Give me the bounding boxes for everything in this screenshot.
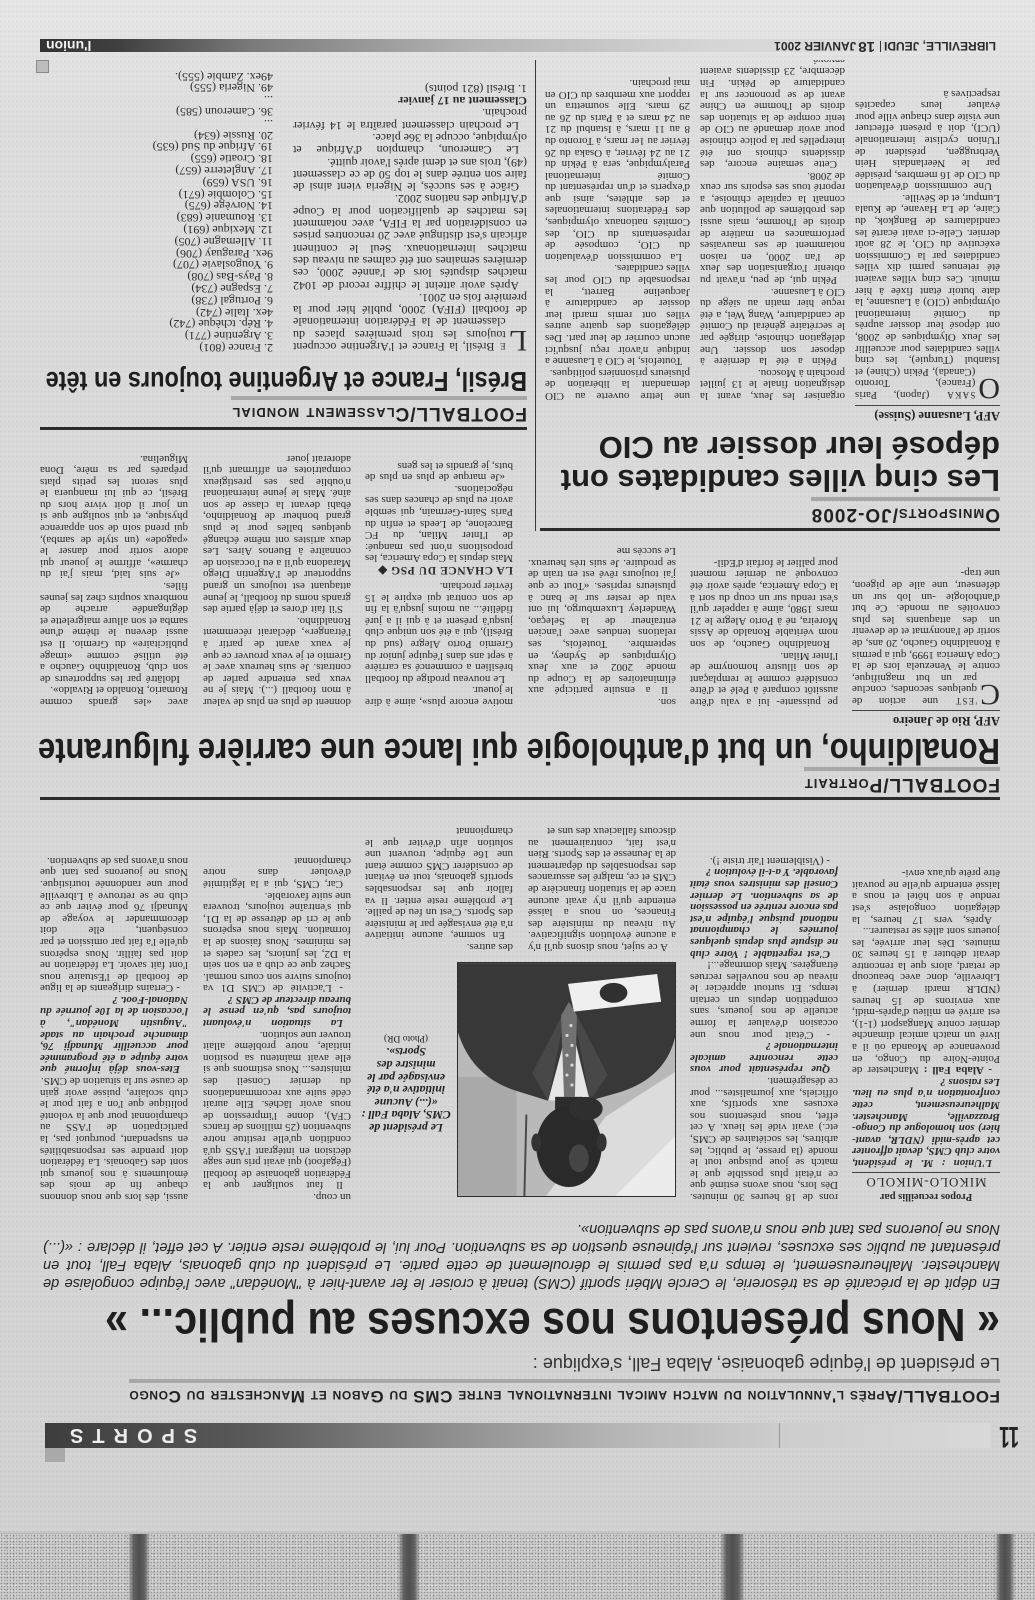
section-rule <box>40 427 527 430</box>
lead-paragraph: C'EST une action de quelques secondes, c… <box>852 567 1000 707</box>
answer-paragraph: En somme, aucune initiative n'a été envi… <box>365 824 513 940</box>
binding-stripe <box>398 1534 420 1600</box>
body-paragraph: une lettre ouverte au CIO demandant la l… <box>545 366 690 401</box>
body-paragraph: S'il fait d'ores et déjà partie des gran… <box>203 452 351 614</box>
jo-byline: AFP, Lausanne (Suisse) <box>855 405 1000 423</box>
lead-in: SAKA <box>946 389 975 401</box>
page-number: 11 <box>999 1421 1019 1451</box>
headline-line-2: déposé leur dossier au CIO <box>561 431 1000 464</box>
body-paragraph: Pékin a été la dernière à déposer son do… <box>700 285 845 366</box>
interview-column-5: un coup. Il faut souligner que la Fédéra… <box>203 805 351 1202</box>
answer-paragraph: des autres. <box>365 940 513 952</box>
answer-paragraph: aussi, dès lors que nous donnons chaque … <box>40 1074 188 1202</box>
portrait-column-2: pe puissante- lui a valu d'être aussitôt… <box>690 539 838 707</box>
jo-kicker-wrap: Omnisports/JO-2008 <box>811 497 1000 524</box>
footer-bar: LIBREVILLE, JEUDI18JANVIER 2001 l'union <box>40 39 1000 52</box>
ranking-entry: 8. Pays-Bas (708) <box>40 270 273 282</box>
answer-paragraph: - C'était pour nous une occasion d'évalu… <box>690 959 838 1040</box>
portrait-byline: AFP, Rio de Janeiro <box>852 710 1000 728</box>
ranking-entry: 18. Croatie (655) <box>40 152 273 164</box>
binding-stripe <box>995 1534 1015 1600</box>
answer-paragraph: un coup. <box>203 1190 351 1202</box>
jo-column-3: une lettre ouverte au CIO demandant la l… <box>545 60 690 401</box>
credit-author: MIKOLO-MIKOLO <box>852 1175 1000 1190</box>
body-paragraph: Le prochain classement paraîtra le 14 fé… <box>293 107 527 132</box>
body-paragraph: Après avoir atteint le chiffre record de… <box>293 193 527 291</box>
ranking-entry: 12. Mexique (691) <box>40 223 273 235</box>
interview-headline: « Nous présentons nos excuses au public.… <box>105 1300 1000 1350</box>
body-paragraph: Idolâtré par les supporteurs de son club… <box>40 579 188 683</box>
answer-paragraph: Car, CMS, qui a la légitimité d'évoluer … <box>203 854 351 889</box>
answer-paragraph: - (Visiblement l'air triste !). <box>690 854 838 866</box>
dateline-month-year: JANVIER 2001 <box>774 39 856 53</box>
interview-column-4: des autres. En somme, aucune initiative … <box>365 805 513 952</box>
section-rule <box>40 797 1000 800</box>
question-paragraph: C'est regrettable ! Votre club ne disput… <box>690 866 838 959</box>
lead-in: 'EST <box>955 695 977 707</box>
ranking-headline: Brésil, France et Argentine toujours en … <box>46 365 527 397</box>
portrait-photo <box>457 962 676 1197</box>
footer-dateline: LIBREVILLE, JEUDI18JANVIER 2001 <box>774 39 996 53</box>
body-paragraph: Mais depuis la Copa America, les proposi… <box>365 482 513 563</box>
photo-credit: (Photo DR) <box>359 1032 453 1044</box>
caption-text: Le président de CMS, Alaba Fall : «(...)… <box>359 1046 453 1134</box>
ranking-kicker-wrap: FOOTBALL/Classement mondial <box>231 396 527 423</box>
jo-column-1: OSAKA (Japon), Paris (France), Toronto (… <box>855 60 1000 401</box>
body-paragraph: Toutefois, le CIO à Lausanne a indiqué n… <box>545 262 690 366</box>
interview-kicker-wrap: FOOTBALL/Après l'annulation du match ami… <box>129 1379 1000 1406</box>
lead-in: E <box>499 340 506 353</box>
body-paragraph: Grâce à ses succès, le Nigeria vient ain… <box>293 156 527 193</box>
page-edge <box>0 1531 1035 1534</box>
interview-overline: Le président de l'équipe gabonaise, Alab… <box>533 1354 1000 1374</box>
lead-paragraph: OSAKA (Japon), Paris (France), Toronto (… <box>855 191 1000 401</box>
jo-headline: Les cinq villes candidates ont déposé le… <box>561 431 1000 497</box>
portrait-column-3: son. Il a ensuite participé aux éliminat… <box>528 539 676 707</box>
jo-kicker: Omnisports/JO-2008 <box>811 497 1000 524</box>
drop-cap: O <box>978 376 1000 400</box>
header-bar-divider <box>779 1423 780 1448</box>
ranking-entry: 13. Roumanie (683) <box>40 211 273 223</box>
ranking-text-column: LE Brésil, la France et l'Argentine occu… <box>293 60 527 353</box>
drop-cap: L <box>509 328 527 352</box>
ranking-entry: 49ex. Zambie (555). <box>40 70 273 82</box>
ranking-entry: 1. Brésil (821 points) <box>293 82 527 94</box>
portrait-column-6: avec «les grands comme Romario, Ronaldo … <box>40 434 188 707</box>
body-paragraph: avec «les grands comme Romario, Ronaldo … <box>40 684 188 707</box>
body-paragraph: motive encore plus», aime à dire le joue… <box>365 684 513 707</box>
scanner-background <box>0 1534 1035 1600</box>
answer-text: Manchester de Pointe-Noire du Congo, en … <box>852 925 1000 1076</box>
dateline-separator <box>880 41 881 52</box>
interview-column-2: rons de 18 heures 30 minutes. Dès lors, … <box>690 805 838 1202</box>
body-paragraph: Cette semaine encore, des dissidents chi… <box>700 60 845 169</box>
binding-stripe <box>720 1534 745 1600</box>
jo-column-2: organiser les Jeux, avant la désignation… <box>700 60 845 401</box>
question-paragraph: La situation n'évoluant toujours pas, qu… <box>203 993 351 1028</box>
lead-text: une action de quelques secondes, conclue… <box>852 567 1000 707</box>
dateline-day-number: 18 <box>858 38 875 55</box>
body-paragraph: «Je suis laid, mais j'ai du charme», aff… <box>40 452 188 580</box>
portrait-headline: Ronaldinho, un but d'anthologie qui lanc… <box>38 731 1000 771</box>
body-paragraph: «Je marque de plus en plus de buts, je g… <box>365 459 513 482</box>
body-paragraph: organiser les Jeux, avant la désignation… <box>700 366 845 401</box>
header-tab-marker <box>45 1448 65 1462</box>
column-divider <box>535 60 536 531</box>
ranking-table-heading: Classement au 17 janvier <box>293 95 527 107</box>
headline-line-1: Les cinq villes candidates ont <box>561 464 1000 497</box>
newspaper-logo: l'union <box>46 39 91 53</box>
photo-president-icon <box>458 963 675 1196</box>
ranking-entry: 3. Argentine (771) <box>40 329 273 341</box>
portrait-column-5: donnent de plus en plus de valeur à mon … <box>203 434 351 707</box>
question-paragraph: Que représentait pour vous cette rencont… <box>690 1040 838 1075</box>
ranking-entry: 36. Cameroun (585) <box>40 105 273 117</box>
body-paragraph: Une commission d'évaluation du CIO de 16… <box>855 87 1000 191</box>
portrait-column-4: motive encore plus», aime à dire le joue… <box>365 434 513 707</box>
answer-paragraph: - L'activité de CMS D1 va toujours suivr… <box>203 889 351 993</box>
body-paragraph: La commission d'évaluation du CIO, compo… <box>545 76 690 262</box>
interview-column-1: Propos recueillis par MIKOLO-MIKOLO L'Un… <box>852 805 1000 1202</box>
question-paragraph: Etes-vous déjà informé que votre équipe … <box>40 993 188 1074</box>
interview-column-6: aussi, dès lors que nous donnons chaque … <box>40 805 188 1202</box>
question-paragraph: L'Union : M. le président, votre club CM… <box>852 1075 1000 1168</box>
lead-text: Brésil, la France et l'Argentine occupen… <box>293 291 527 353</box>
ranking-entry: 20. Russie (634) <box>40 129 273 141</box>
ranking-list-column: 2. France (801) 3. Argentine (771) 4. Ré… <box>40 60 273 353</box>
lead-paragraph: LE Brésil, la France et l'Argentine occu… <box>293 292 527 353</box>
interview-intro: En dépit de la précarité de sa trésoreri… <box>43 1220 1000 1292</box>
body-paragraph: son. <box>528 695 676 707</box>
answer-paragraph: rons de 18 heures 30 minutes. Dès lors, … <box>690 1074 838 1202</box>
answer-paragraph: A ce sujet, nous disons qu'il n'y a aucu… <box>528 824 676 952</box>
newspaper-page-scan: 11 SPORTS FOOTBALL/Après l'annulation du… <box>0 0 1035 1600</box>
binding-stripe <box>128 1534 150 1600</box>
portrait-column-1: C'EST une action de quelques secondes, c… <box>852 539 1000 707</box>
interview-credit: Propos recueillis par MIKOLO-MIKOLO <box>852 1172 1000 1202</box>
speaker-label: - Alaba Fall : <box>924 1064 992 1076</box>
page-corner-marker <box>36 60 49 73</box>
lead-text: (Japon), Paris (France), Toronto (Canada… <box>855 192 1000 401</box>
section-rule <box>540 528 1000 531</box>
body-paragraph: Le Cameroun, champion d'Afrique et olymp… <box>293 132 527 157</box>
ranking-kicker: FOOTBALL/Classement mondial <box>231 396 527 423</box>
interview-kicker: FOOTBALL/Après l'annulation du match ami… <box>129 1379 1000 1406</box>
answer-paragraph: Après, vers 17 heures, la délégation con… <box>852 867 1000 925</box>
section-title: SPORTS <box>61 1423 197 1447</box>
drop-cap: C <box>980 682 1000 706</box>
body-paragraph: Ronaldinho Gaucho, de son nom véritable … <box>690 556 838 649</box>
dateline-place-day: LIBREVILLE, JEUDI <box>884 39 996 53</box>
body-paragraph: Le nouveau prodige du football brésilien… <box>365 579 513 683</box>
credit-label: Propos recueillis par <box>852 1190 1000 1202</box>
answer-paragraph: - Alaba Fall : Manchester de Pointe-Noir… <box>852 925 1000 1076</box>
photo-caption: Le président de CMS, Alaba Fall : «(...)… <box>359 1032 453 1134</box>
ranking-ellipsis: ... <box>40 93 273 105</box>
body-paragraph: Il a ensuite participé aux éliminatoires… <box>528 545 676 696</box>
section-header-bar: SPORTS <box>45 1423 990 1448</box>
interview-column-3: A ce sujet, nous disons qu'il n'y a aucu… <box>528 805 676 952</box>
ranking-entry: 17. Angleterre (657) <box>40 164 273 176</box>
intertitle: LA CHANCE DU PSG ◆ <box>365 563 513 576</box>
answer-paragraph: - Certains dirigeants de la ligue de foo… <box>40 854 188 993</box>
body-paragraph: pe puissante- lui a valu d'être aussitôt… <box>690 649 838 707</box>
body-paragraph: Pékin qui, de peu, n'avait pu obtenir l'… <box>700 169 845 285</box>
answer-paragraph: Il faut souligner que la Fédération gabo… <box>203 1028 351 1190</box>
body-paragraph: donnent de plus en plus de valeur à mon … <box>203 614 351 707</box>
